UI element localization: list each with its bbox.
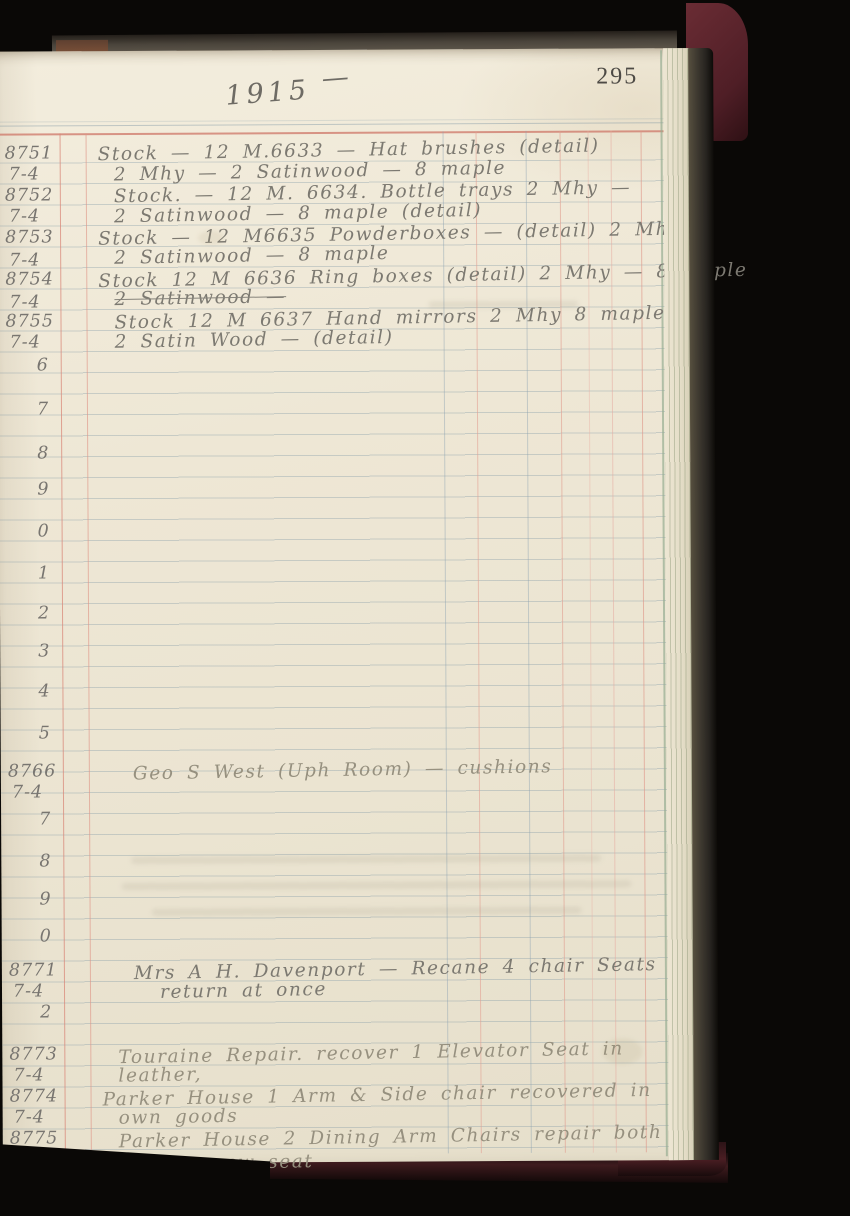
row-digit: 5 [39, 723, 51, 744]
entry-number: 8766 [8, 761, 57, 782]
row-digit: 9 [37, 480, 49, 501]
header-rule-blue [0, 122, 665, 126]
row-digit: 8 [39, 851, 51, 872]
year-text: 1915 [224, 75, 311, 112]
entry-number: 8754 [5, 269, 54, 290]
year-dash: — [321, 62, 350, 95]
row-digit: 6 [37, 356, 49, 377]
entry-number: 8752 [5, 185, 54, 206]
date-code: 7-4 [9, 207, 40, 228]
date-code: 7-4 [10, 333, 41, 354]
date-code: 7-4 [14, 1107, 45, 1128]
row-digit: 3 [38, 641, 50, 662]
entry-number: 8751 [5, 143, 54, 164]
date-code: 7-4 [13, 1065, 44, 1086]
header-rule-red [0, 130, 666, 135]
entry-text: leather, [118, 1064, 202, 1086]
row-digit: 2 [38, 603, 50, 624]
entry-text: own goods [119, 1106, 239, 1129]
paper-stain [198, 231, 224, 245]
row-digit: 7 [39, 809, 51, 830]
ledger-photo: 295 1915 — 87517-487527-487537-487547-48… [0, 0, 850, 1216]
year-heading: 1915 — [224, 72, 350, 112]
date-code: 7-4 [13, 981, 44, 1002]
entry-number: 8771 [9, 960, 58, 981]
row-digit: 0 [38, 522, 50, 543]
entry-number: 8774 [10, 1086, 59, 1107]
entry-number: 8753 [5, 227, 54, 248]
date-code: 7-4 [12, 782, 43, 803]
row-digit: 4 [38, 681, 50, 702]
row-digit: 7 [37, 400, 49, 421]
paper-stain [602, 1038, 642, 1064]
bleed-through-mark [428, 301, 578, 309]
page-number: 295 [589, 63, 645, 90]
entry-text: 2 Satinwood — [114, 286, 286, 310]
book-block-edge [688, 48, 719, 1160]
entry-number: 8755 [5, 311, 54, 332]
row-digit: 8 [37, 444, 49, 465]
page-wrap: 295 1915 — 87517-487527-487537-487547-48… [0, 48, 719, 1164]
entry-text: return at once [160, 979, 327, 1003]
row-digit: 0 [40, 927, 52, 948]
date-code: 7-4 [9, 165, 40, 186]
row-digit: 9 [39, 889, 51, 910]
ledger-page: 295 1915 — 87517-487527-487537-487547-48… [0, 48, 695, 1164]
row-digit: 2 [40, 1002, 52, 1023]
entry-number: 8773 [9, 1044, 58, 1065]
row-digit: 1 [38, 564, 50, 585]
